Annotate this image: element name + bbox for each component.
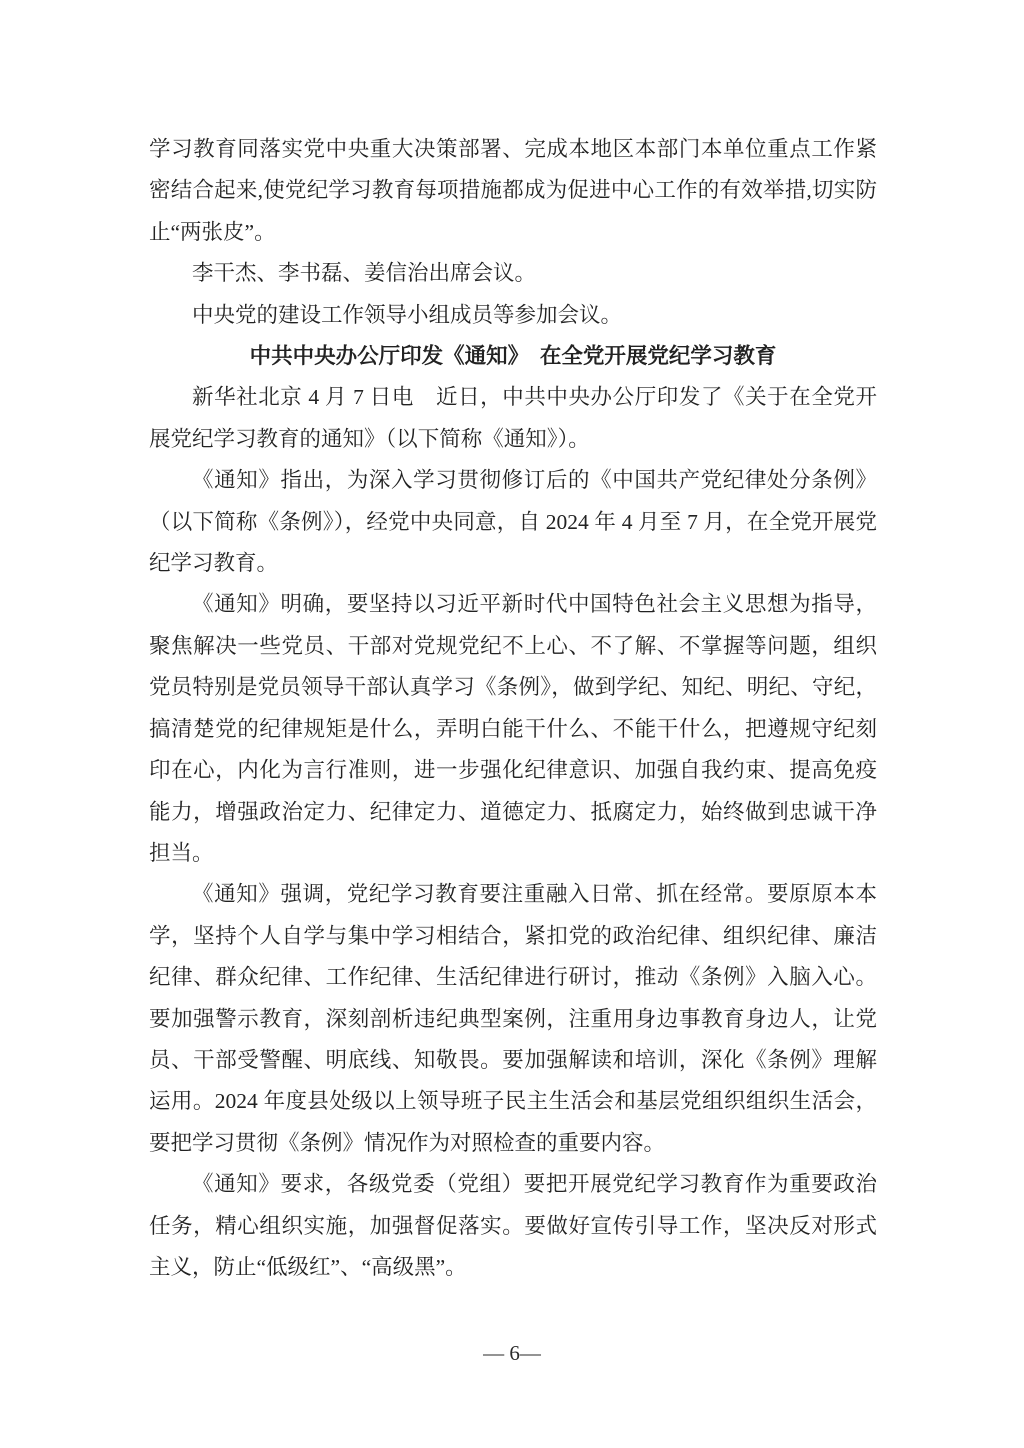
document-page: 学习教育同落实党中央重大决策部署、完成本地区本部门本单位重点工作紧密结合起来,使…	[0, 0, 1024, 1448]
paragraph: 《通知》明确，要坚持以习近平新时代中国特色社会主义思想为指导，聚焦解决一些党员、…	[149, 584, 877, 874]
paragraph: 中央党的建设工作领导小组成员等参加会议。	[149, 295, 877, 336]
paragraph: 《通知》强调，党纪学习教育要注重融入日常、抓在经常。要原原本本学，坚持个人自学与…	[149, 874, 877, 1164]
paragraph: 学习教育同落实党中央重大决策部署、完成本地区本部门本单位重点工作紧密结合起来,使…	[149, 129, 877, 253]
paragraph: 《通知》指出，为深入学习贯彻修订后的《中国共产党纪律处分条例》（以下简称《条例》…	[149, 460, 877, 584]
paragraph: 新华社北京 4 月 7 日电 近日，中共中央办公厅印发了《关于在全党开展党纪学习…	[149, 377, 877, 460]
paragraph: 《通知》要求，各级党委（党组）要把开展党纪学习教育作为重要政治任务，精心组织实施…	[149, 1164, 877, 1288]
page-number: — 6—	[0, 1338, 1024, 1368]
section-heading: 中共中央办公厅印发《通知》 在全党开展党纪学习教育	[149, 336, 877, 377]
document-body: 学习教育同落实党中央重大决策部署、完成本地区本部门本单位重点工作紧密结合起来,使…	[149, 129, 877, 1288]
paragraph: 李干杰、李书磊、姜信治出席会议。	[149, 253, 877, 294]
